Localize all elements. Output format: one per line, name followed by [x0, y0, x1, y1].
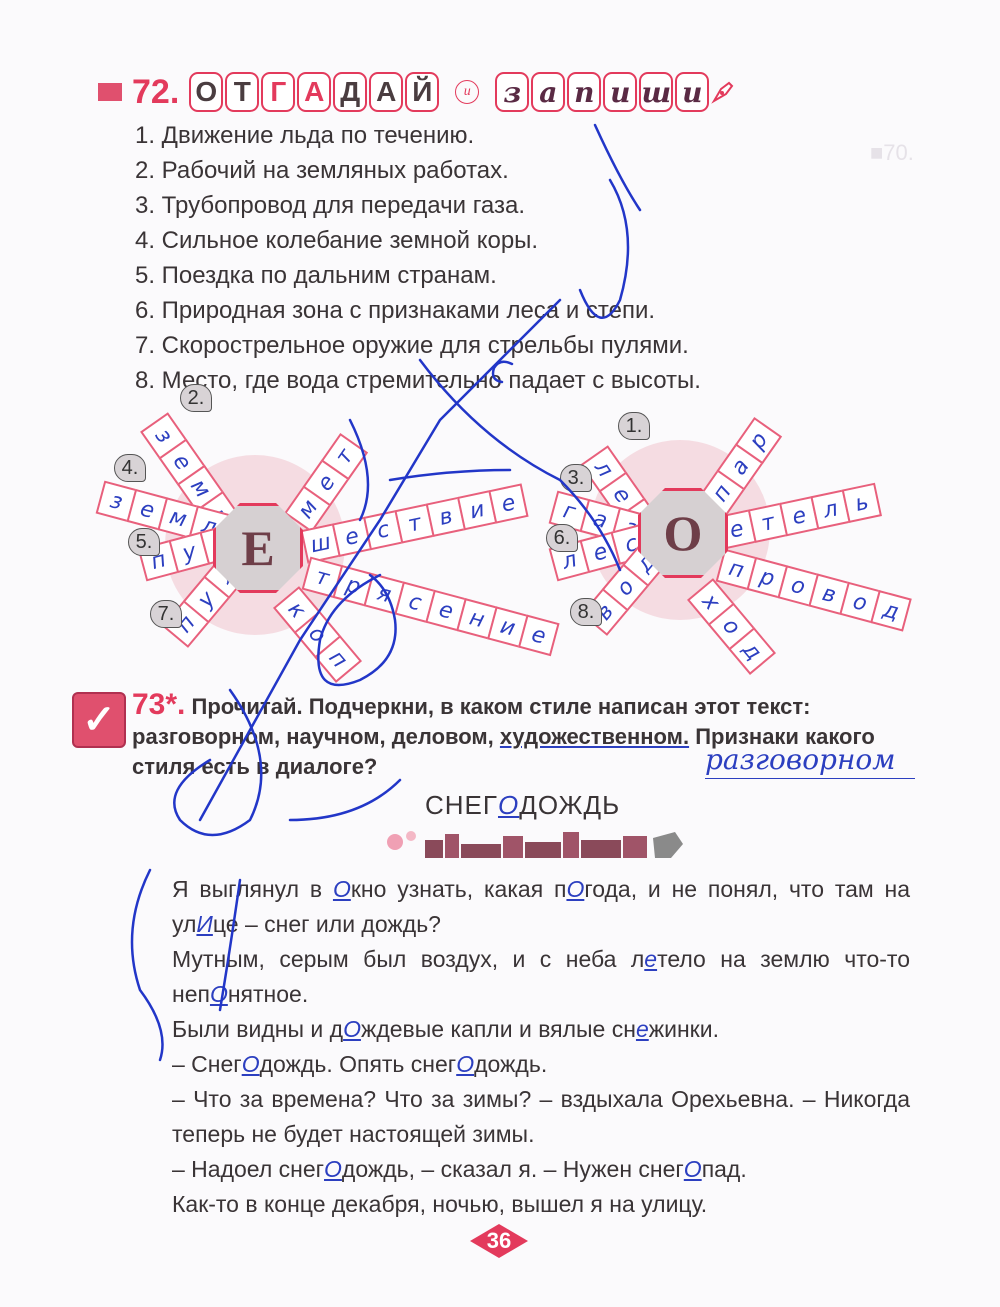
title-part: СНЕГ: [425, 790, 498, 820]
story-text-segment: жинки.: [649, 1016, 719, 1042]
page-number: 36: [468, 1228, 530, 1254]
clue-number-tag: 6.: [546, 524, 578, 552]
story-text-segment: дождь. Опять снег: [260, 1051, 457, 1077]
story-text-segment: – Снег: [172, 1051, 242, 1077]
handwritten-answer-field[interactable]: разговорном: [705, 743, 915, 779]
filled-missing-letter[interactable]: е: [636, 1016, 649, 1042]
workbook-page: ■70. 72. ОТГАДАЙ и запиши 1. Движение ль…: [0, 0, 1000, 1307]
crossword-flower-o: лед1.газ3.лес6.вод8.паретельпроводходО: [0, 0, 1000, 680]
story-text: Я выглянул в Окно узнать, какая пОгода, …: [172, 872, 910, 1222]
story-text-segment: Были видны и д: [172, 1016, 343, 1042]
checkmark-icon: ✓: [72, 692, 126, 748]
city-skyline-illustration: [385, 830, 685, 858]
story-paragraph: Были видны и дОждевые капли и вялые снеж…: [172, 1012, 910, 1047]
story-text-segment: Я выглянул в: [172, 876, 333, 902]
story-text-segment: нятное.: [228, 981, 308, 1007]
filled-missing-letter[interactable]: е: [644, 946, 657, 972]
story-paragraph: Как-то в конце декабря, ночью, вышел я н…: [172, 1187, 910, 1222]
flower-center-letter: О: [638, 488, 728, 578]
filled-missing-letter[interactable]: О: [456, 1051, 474, 1077]
underlined-style-answer: художественном.: [500, 724, 689, 749]
story-text-segment: це – снег или дождь?: [213, 911, 441, 937]
filled-missing-letter[interactable]: О: [684, 1156, 702, 1182]
story-text-segment: Как-то в конце декабря, ночью, вышел я н…: [172, 1191, 707, 1217]
story-paragraph: Мутным, серым был воздух, и с неба летел…: [172, 942, 910, 1012]
filled-missing-letter[interactable]: О: [566, 876, 584, 902]
filled-missing-letter[interactable]: О: [343, 1016, 361, 1042]
story-title: СНЕГОДОЖДЬ: [425, 790, 620, 821]
clue-number-tag: 1.: [618, 412, 650, 440]
clue-number-tag: 3.: [560, 464, 592, 492]
inserted-letter: О: [498, 790, 519, 820]
filled-missing-letter[interactable]: О: [242, 1051, 260, 1077]
filled-missing-letter[interactable]: И: [196, 911, 212, 937]
filled-missing-letter[interactable]: О: [210, 981, 228, 1007]
crossword-cell[interactable]: ь: [842, 483, 882, 523]
story-paragraph: – Надоел снегОдождь, – сказал я. – Нужен…: [172, 1152, 910, 1187]
filled-missing-letter[interactable]: О: [333, 876, 351, 902]
story-text-segment: пад.: [702, 1156, 747, 1182]
story-text-segment: – Надоел снег: [172, 1156, 324, 1182]
story-text-segment: дождь, – сказал я. – Нужен снег: [342, 1156, 684, 1182]
story-text-segment: кно узнать, какая п: [351, 876, 567, 902]
story-text-segment: – Что за времена? Что за зимы? – вздыхал…: [172, 1086, 910, 1147]
story-paragraph: Я выглянул в Окно узнать, какая пОгода, …: [172, 872, 910, 942]
story-text-segment: ждевые капли и вялые сн: [361, 1016, 636, 1042]
story-text-segment: Мутным, серым был воздух, и с неба л: [172, 946, 644, 972]
story-paragraph: – Что за времена? Что за зимы? – вздыхал…: [172, 1082, 910, 1152]
title-part: ДОЖДЬ: [519, 790, 620, 820]
clue-number-tag: 8.: [570, 598, 602, 626]
crossword-cell[interactable]: д: [870, 590, 912, 632]
story-paragraph: – СнегОдождь. Опять снегОдождь.: [172, 1047, 910, 1082]
story-text-segment: дождь.: [474, 1051, 547, 1077]
exercise-star: *.: [165, 688, 185, 721]
filled-missing-letter[interactable]: О: [324, 1156, 342, 1182]
exercise-number: 73: [132, 688, 165, 721]
